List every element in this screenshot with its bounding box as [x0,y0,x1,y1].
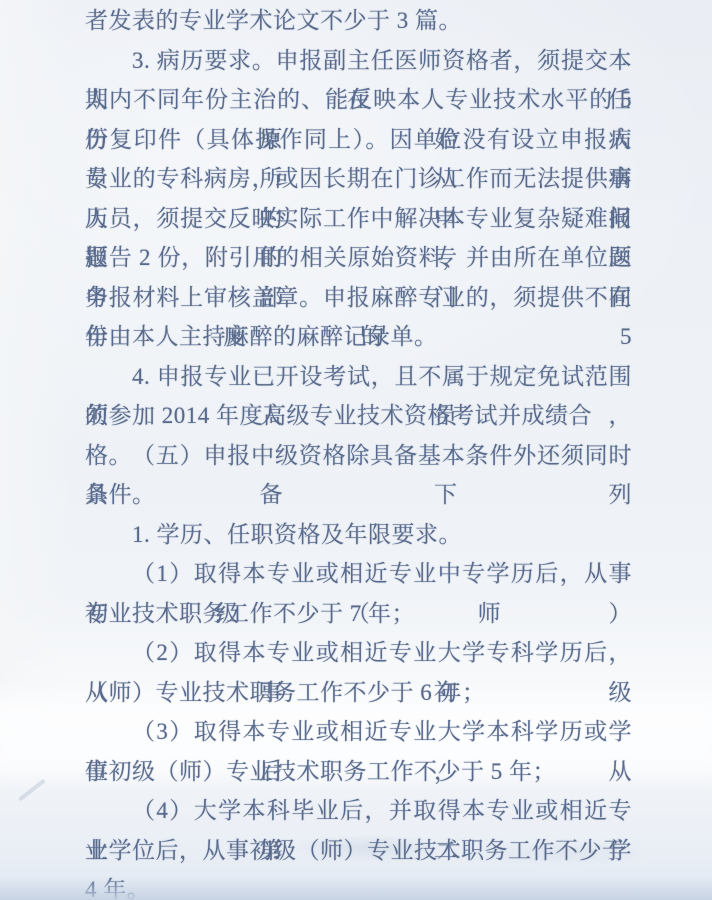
scan-artifact-corner-mark [18,779,46,802]
text-line: 专业的专科病房，或因长期在门诊工作而无法提供病历的申报 [85,159,632,199]
text-line: 者发表的专业学术论文不少于 3 篇。 [85,1,632,41]
text-line: （2）取得本专业或相近专业大学专科学历后，从事初级 [85,633,632,673]
scanned-document-page: 者发表的专业学术论文不少于 3 篇。 3. 病历要求。申报副主任医师资格者，须提… [0,0,712,900]
text-line: （3）取得本专业或相近专业大学本科学历或学位后，从 [85,712,632,752]
text-line: （1）取得本专业或相近专业中专学历后，从事初级（师） [85,554,632,594]
document-text-block: 者发表的专业学术论文不少于 3 篇。 3. 病历要求。申报副主任医师资格者，须提… [85,1,632,870]
text-line: 报告 2 份，附引用的相关原始资料，并由所在单位医务部门在 [85,238,632,278]
text-line: 士学位后，从事初级（师）专业技术职务工作不少于 4 年。 [85,831,632,871]
scan-artifact-bottom-shadow [0,876,712,900]
text-line: （4）大学本科毕业后，并取得本专业或相近专业第二学 [85,791,632,831]
text-line: 4. 申报专业已开设考试，且不属于规定免试范围的人员， [85,357,632,397]
text-line: 事初级（师）专业技术职务工作不少于 5 年； [85,752,632,792]
text-line: 申报材料上审核盖章。申报麻醉专业的，须提供不同年度的 5 [85,278,632,318]
text-line: 1. 学历、任职资格及年限要求。 [85,515,632,555]
text-line: 3. 病历要求。申报副主任医师资格者，须提交本人在任 [85,41,632,81]
text-line: 须参加 2014 年度高级专业技术资格考试并成绩合格。 [85,396,632,436]
scan-artifact-left-light [0,0,72,740]
text-line: 人员，须提交反映实际工作中解决本专业复杂疑难问题的专题 [85,199,632,239]
text-line: 期内不同年份主治的、能反映本人专业技术水平的 5 份原始病 [85,80,632,120]
text-line: （五）申报中级资格除具备基本条件外还须同时具备下列 [85,436,632,476]
text-line: 历复印件（具体操作同上）。因单位没有设立申报人员所从事 [85,120,632,160]
